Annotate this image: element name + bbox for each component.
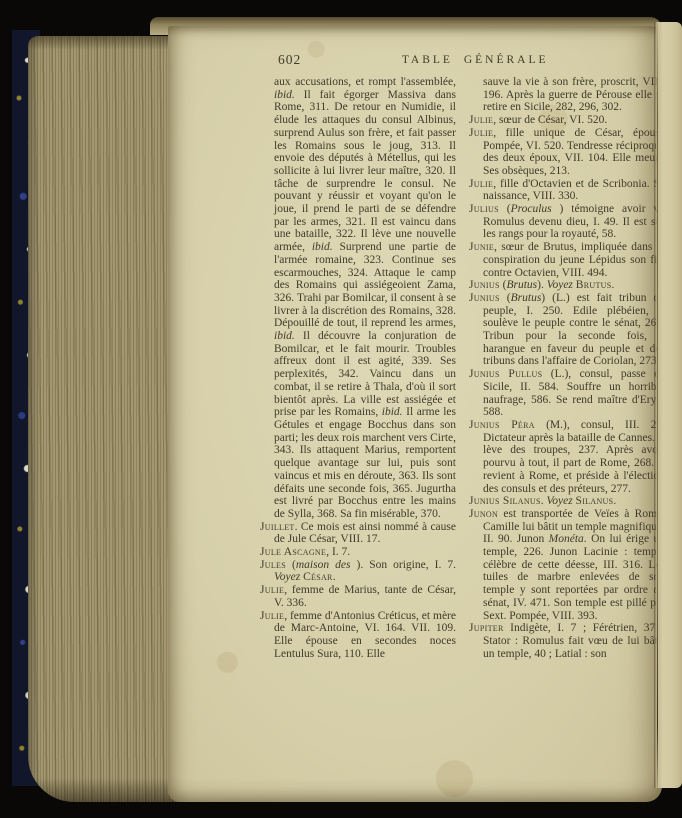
- page-number: 602: [278, 52, 301, 68]
- index-entry: Juillet. Ce mois est ainsi nommé à cause…: [260, 521, 456, 546]
- index-entry: Julie, fille unique de César, épouse Pom…: [469, 127, 665, 178]
- book-fore-edge: [28, 36, 180, 802]
- running-title: TABLE GÉNÉRALE: [402, 54, 549, 66]
- index-entry: Junius Pullus (L.), consul, passe en Sic…: [469, 368, 665, 419]
- page-header: 602 TABLE GÉNÉRALE: [260, 48, 666, 74]
- index-entry: Jule Ascagne, I. 7.: [260, 546, 456, 559]
- book-gutter: [654, 22, 682, 788]
- index-entry: Jupiter Indigète, I. 7 ; Férétrien, 37 ;…: [469, 622, 665, 660]
- index-entry: Junius Péra (M.), consul, III. 20. Dicta…: [469, 419, 665, 495]
- text-column-right: sauve la vie à son frère, proscrit, VIII…: [469, 76, 665, 660]
- index-entry: Julie, femme de Marius, tante de César, …: [260, 584, 456, 609]
- gutter-crease: [657, 22, 658, 788]
- book-photograph: { "book": { "page_number": "602", "runni…: [0, 0, 682, 818]
- index-entry: Julius (Proculus ) témoigne avoir vu Rom…: [469, 203, 665, 241]
- book-page: 602 TABLE GÉNÉRALE aux accusations, et r…: [168, 26, 662, 802]
- index-entry: Jules (maison des ). Son origine, I. 7. …: [260, 559, 456, 584]
- continuation-paragraph: sauve la vie à son frère, proscrit, VIII…: [469, 76, 665, 114]
- two-column-text: aux accusations, et rompt l'assemblée, i…: [260, 76, 666, 660]
- index-entry: Junius (Brutus). Voyez Brutus.: [469, 279, 665, 292]
- index-entry: Junie, sœur de Brutus, impliquée dans la…: [469, 241, 665, 279]
- index-entry: Julie, sœur de César, VI. 520.: [469, 114, 665, 127]
- printed-area: 602 TABLE GÉNÉRALE aux accusations, et r…: [260, 48, 666, 660]
- text-column-left: aux accusations, et rompt l'assemblée, i…: [260, 76, 456, 660]
- index-entry: Julie, femme d'Antonius Créticus, et mèr…: [260, 610, 456, 661]
- continuation-paragraph: aux accusations, et rompt l'assemblée, i…: [260, 76, 456, 521]
- index-entry: Julie, fille d'Octavien et de Scribonia.…: [469, 178, 665, 203]
- index-entry: Junius (Brutus) (L.) est fait tribun du …: [469, 292, 665, 368]
- index-entry: Junon est transportée de Veïes à Rome. C…: [469, 508, 665, 622]
- index-entry: Junius Silanus. Voyez Silanus.: [469, 495, 665, 508]
